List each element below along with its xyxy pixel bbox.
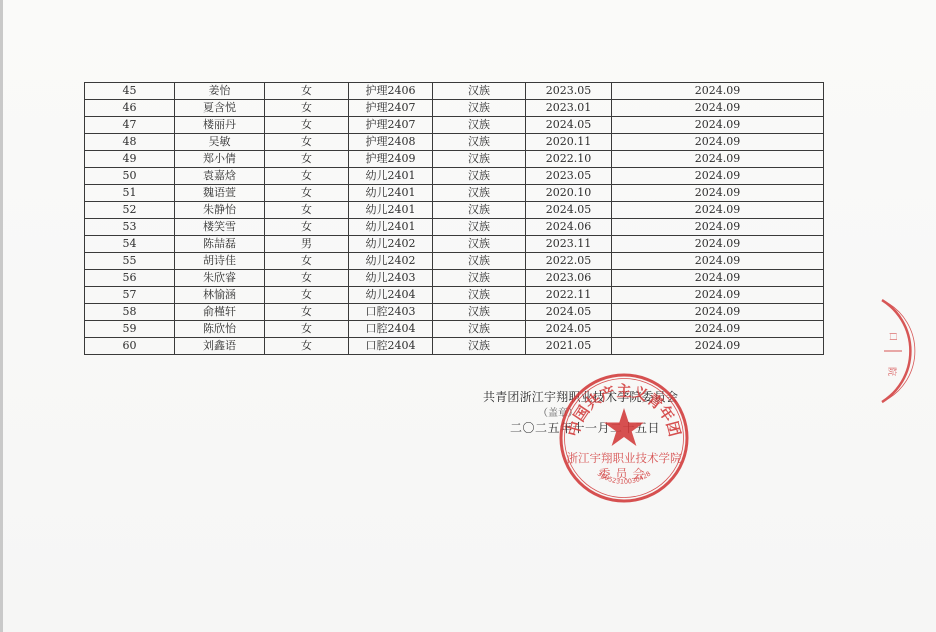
cell-number: 53	[85, 219, 175, 236]
cell-number: 50	[85, 168, 175, 185]
table-row: 54陈喆磊男幼儿2402汉族2023.112024.09	[85, 236, 824, 253]
cell-ethnicity: 汉族	[433, 338, 526, 355]
cell-ethnicity: 汉族	[433, 287, 526, 304]
cell-date-1: 2024.06	[526, 219, 612, 236]
cell-date-2: 2024.09	[612, 168, 824, 185]
cell-class: 护理2409	[349, 151, 433, 168]
cell-ethnicity: 汉族	[433, 117, 526, 134]
table-row: 56朱欣睿女幼儿2403汉族2023.062024.09	[85, 270, 824, 287]
cell-date-2: 2024.09	[612, 338, 824, 355]
cell-ethnicity: 汉族	[433, 253, 526, 270]
cell-date-2: 2024.09	[612, 304, 824, 321]
cell-date-1: 2023.11	[526, 236, 612, 253]
cell-ethnicity: 汉族	[433, 219, 526, 236]
cell-date-2: 2024.09	[612, 134, 824, 151]
cell-class: 口腔2404	[349, 338, 433, 355]
cell-name: 夏含悦	[175, 100, 265, 117]
cell-name: 吴敏	[175, 134, 265, 151]
cell-number: 52	[85, 202, 175, 219]
cell-name: 胡诗佳	[175, 253, 265, 270]
cell-class: 护理2406	[349, 83, 433, 100]
stamp-note: （盖章）	[538, 404, 578, 419]
cell-date-2: 2024.09	[612, 100, 824, 117]
cell-name: 楼丽丹	[175, 117, 265, 134]
cell-date-1: 2021.05	[526, 338, 612, 355]
cell-number: 60	[85, 338, 175, 355]
cell-name: 魏语萱	[175, 185, 265, 202]
cell-class: 幼儿2402	[349, 236, 433, 253]
cell-ethnicity: 汉族	[433, 134, 526, 151]
cell-date-1: 2023.05	[526, 83, 612, 100]
cell-number: 55	[85, 253, 175, 270]
cell-class: 护理2407	[349, 100, 433, 117]
cell-class: 幼儿2401	[349, 202, 433, 219]
cell-gender: 女	[265, 83, 349, 100]
table-row: 46夏含悦女护理2407汉族2023.012024.09	[85, 100, 824, 117]
table-row: 57林愉涵女幼儿2404汉族2022.112024.09	[85, 287, 824, 304]
cell-gender: 女	[265, 219, 349, 236]
cell-gender: 女	[265, 134, 349, 151]
cell-ethnicity: 汉族	[433, 270, 526, 287]
cell-class: 幼儿2401	[349, 168, 433, 185]
cell-gender: 女	[265, 253, 349, 270]
cell-date-2: 2024.09	[612, 321, 824, 338]
roster-table: 45姜怡女护理2406汉族2023.052024.0946夏含悦女护理2407汉…	[84, 82, 824, 355]
table-row: 53楼笑雪女幼儿2401汉族2024.062024.09	[85, 219, 824, 236]
cell-class: 口腔2403	[349, 304, 433, 321]
table-row: 50袁嘉焓女幼儿2401汉族2023.052024.09	[85, 168, 824, 185]
table-row: 48吴敏女护理2408汉族2020.112024.09	[85, 134, 824, 151]
cell-class: 护理2407	[349, 117, 433, 134]
cell-date-1: 2022.05	[526, 253, 612, 270]
cell-number: 58	[85, 304, 175, 321]
cell-number: 46	[85, 100, 175, 117]
cell-ethnicity: 汉族	[433, 83, 526, 100]
cell-date-2: 2024.09	[612, 185, 824, 202]
cell-gender: 女	[265, 338, 349, 355]
cell-date-2: 2024.09	[612, 151, 824, 168]
cell-name: 姜怡	[175, 83, 265, 100]
cell-date-1: 2024.05	[526, 321, 612, 338]
table-row: 51魏语萱女幼儿2401汉族2020.102024.09	[85, 185, 824, 202]
cell-name: 楼笑雪	[175, 219, 265, 236]
cell-number: 59	[85, 321, 175, 338]
signature-date: 二〇二五年十一月二十五日	[510, 419, 660, 436]
cell-gender: 女	[265, 151, 349, 168]
cell-number: 57	[85, 287, 175, 304]
cell-date-1: 2024.05	[526, 117, 612, 134]
cell-name: 朱静怡	[175, 202, 265, 219]
cell-date-1: 2020.10	[526, 185, 612, 202]
cell-class: 幼儿2402	[349, 253, 433, 270]
cell-gender: 女	[265, 100, 349, 117]
cell-ethnicity: 汉族	[433, 168, 526, 185]
roster-table-body: 45姜怡女护理2406汉族2023.052024.0946夏含悦女护理2407汉…	[85, 83, 824, 355]
table-row: 45姜怡女护理2406汉族2023.052024.09	[85, 83, 824, 100]
cell-date-1: 2024.05	[526, 202, 612, 219]
cell-gender: 男	[265, 236, 349, 253]
cell-name: 刘鑫语	[175, 338, 265, 355]
table-row: 60刘鑫语女口腔2404汉族2021.052024.09	[85, 338, 824, 355]
cell-date-2: 2024.09	[612, 236, 824, 253]
cell-ethnicity: 汉族	[433, 151, 526, 168]
table-row: 58俞槿轩女口腔2403汉族2024.052024.09	[85, 304, 824, 321]
cell-class: 幼儿2401	[349, 219, 433, 236]
cell-name: 林愉涵	[175, 287, 265, 304]
cell-class: 幼儿2404	[349, 287, 433, 304]
cell-number: 45	[85, 83, 175, 100]
cell-number: 54	[85, 236, 175, 253]
cell-name: 俞槿轩	[175, 304, 265, 321]
cell-gender: 女	[265, 321, 349, 338]
cell-class: 幼儿2403	[349, 270, 433, 287]
cell-number: 56	[85, 270, 175, 287]
cell-class: 口腔2404	[349, 321, 433, 338]
cell-date-1: 2023.05	[526, 168, 612, 185]
cell-gender: 女	[265, 117, 349, 134]
cell-ethnicity: 汉族	[433, 202, 526, 219]
cell-name: 袁嘉焓	[175, 168, 265, 185]
cell-date-2: 2024.09	[612, 83, 824, 100]
cell-class: 幼儿2401	[349, 185, 433, 202]
cell-number: 48	[85, 134, 175, 151]
cell-date-1: 2023.01	[526, 100, 612, 117]
cell-number: 51	[85, 185, 175, 202]
table-row: 49郑小倩女护理2409汉族2022.102024.09	[85, 151, 824, 168]
table-row: 59陈欣怡女口腔2404汉族2024.052024.09	[85, 321, 824, 338]
cell-ethnicity: 汉族	[433, 321, 526, 338]
cell-date-1: 2024.05	[526, 304, 612, 321]
cell-date-1: 2022.10	[526, 151, 612, 168]
cell-gender: 女	[265, 185, 349, 202]
cell-gender: 女	[265, 202, 349, 219]
table-row: 55胡诗佳女幼儿2402汉族2022.052024.09	[85, 253, 824, 270]
cell-date-2: 2024.09	[612, 270, 824, 287]
table-row: 52朱静怡女幼儿2401汉族2024.052024.09	[85, 202, 824, 219]
cell-date-1: 2023.06	[526, 270, 612, 287]
cell-name: 郑小倩	[175, 151, 265, 168]
cell-ethnicity: 汉族	[433, 100, 526, 117]
cell-gender: 女	[265, 287, 349, 304]
cell-class: 护理2408	[349, 134, 433, 151]
cell-date-2: 2024.09	[612, 219, 824, 236]
cell-gender: 女	[265, 304, 349, 321]
cell-gender: 女	[265, 168, 349, 185]
cell-date-2: 2024.09	[612, 253, 824, 270]
cell-name: 朱欣睿	[175, 270, 265, 287]
cell-date-1: 2022.11	[526, 287, 612, 304]
cell-gender: 女	[265, 270, 349, 287]
table-row: 47楼丽丹女护理2407汉族2024.052024.09	[85, 117, 824, 134]
cell-date-2: 2024.09	[612, 202, 824, 219]
cell-number: 47	[85, 117, 175, 134]
cell-date-2: 2024.09	[612, 117, 824, 134]
cell-date-1: 2020.11	[526, 134, 612, 151]
cell-ethnicity: 汉族	[433, 236, 526, 253]
signature-organization: 共青团浙江宇翔职业技术学院委员会	[483, 388, 678, 405]
cell-number: 49	[85, 151, 175, 168]
cell-name: 陈喆磊	[175, 236, 265, 253]
cell-ethnicity: 汉族	[433, 185, 526, 202]
cell-name: 陈欣怡	[175, 321, 265, 338]
cell-ethnicity: 汉族	[433, 304, 526, 321]
cell-date-2: 2024.09	[612, 287, 824, 304]
